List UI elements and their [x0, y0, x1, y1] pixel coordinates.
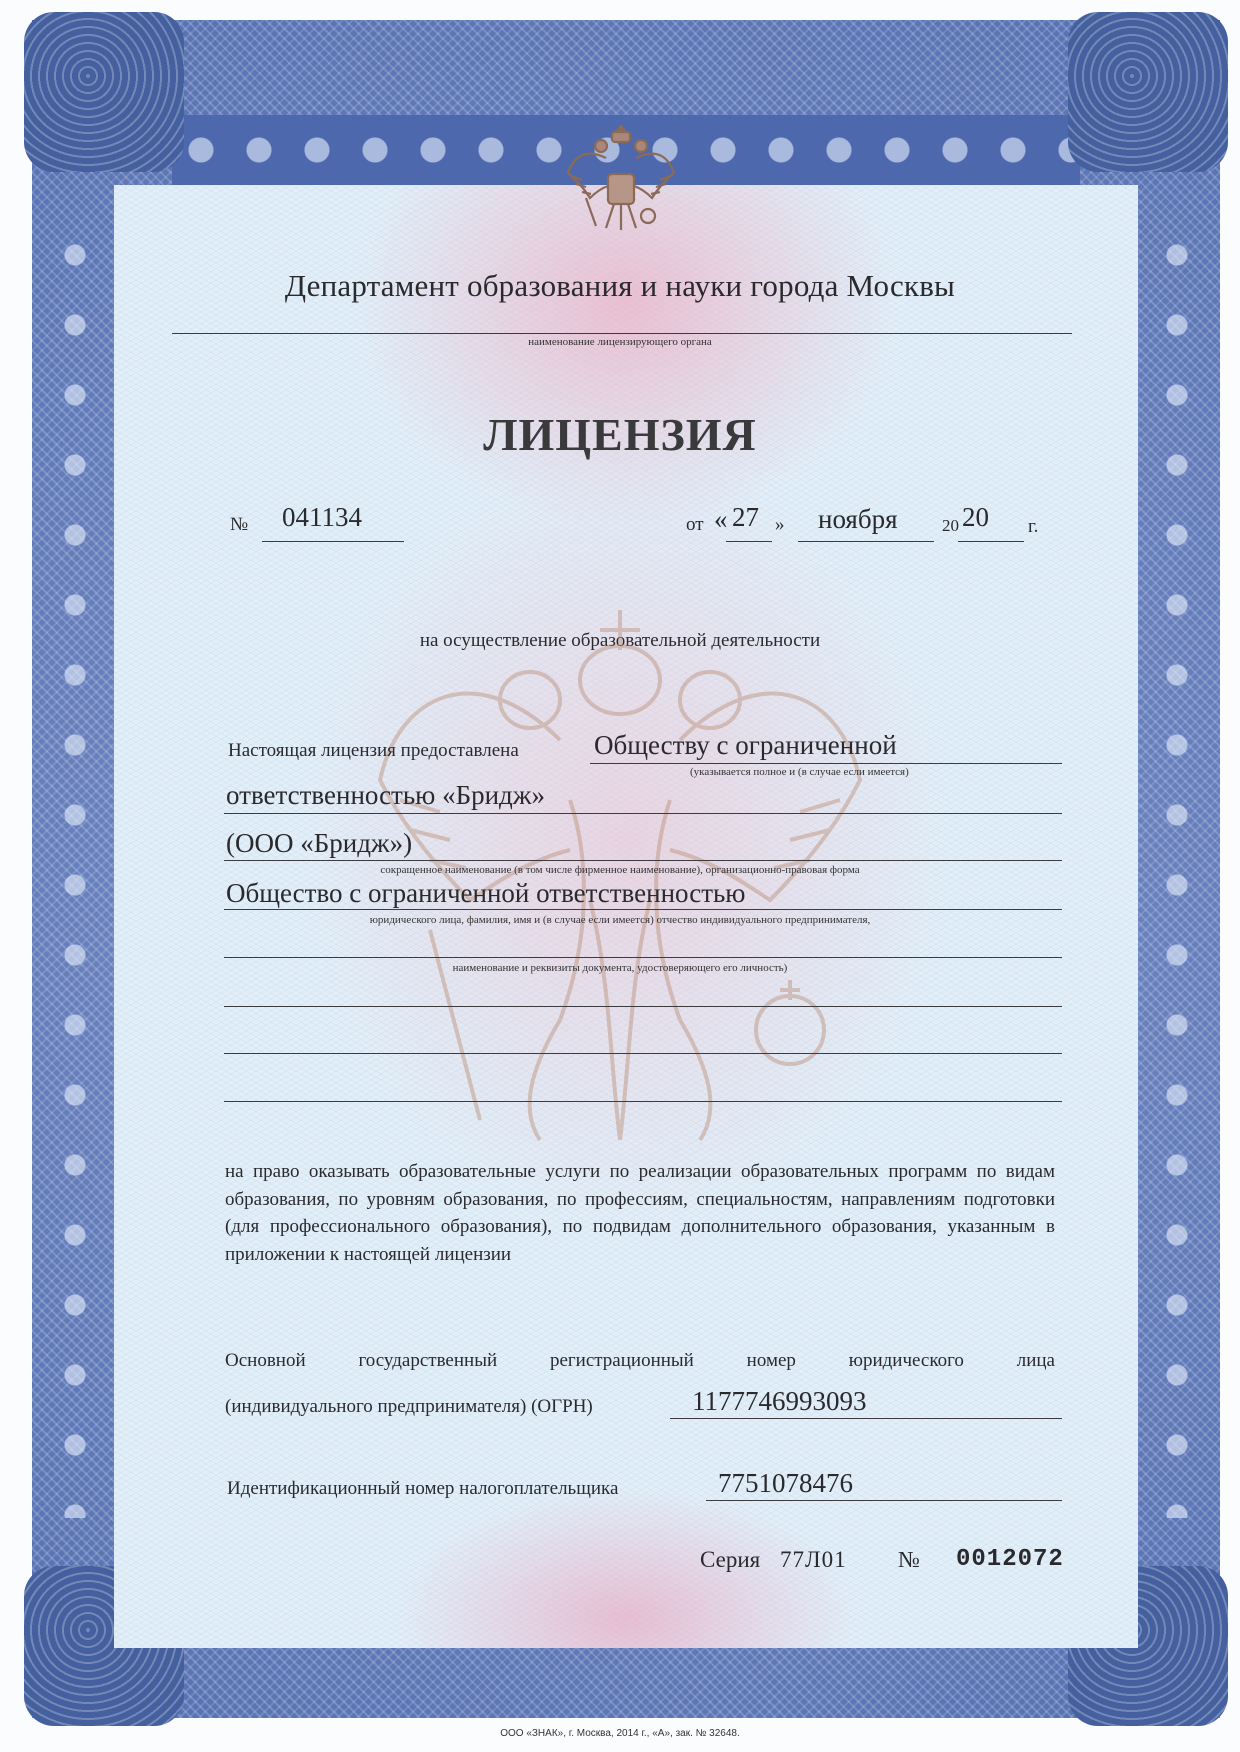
full-name-line-1: Обществу с ограниченной	[594, 730, 897, 761]
series-label: Серия	[700, 1547, 760, 1573]
corner-ornament	[24, 12, 184, 172]
day-underline	[726, 541, 772, 542]
blank-line	[224, 1101, 1062, 1102]
date-quote-open: «	[714, 504, 728, 535]
full-name-line-2: ответственностью «Бридж»	[226, 780, 545, 811]
coat-of-arms-icon	[556, 118, 686, 240]
corner-ornament	[1068, 12, 1228, 172]
legal-form: Общество с ограниченной ответственностью	[226, 878, 745, 909]
inn-label: Идентификационный номер налогоплательщик…	[227, 1478, 618, 1500]
short-name-caption: сокращенное наименование (в том числе фи…	[0, 864, 1240, 876]
short-name-underline	[224, 860, 1062, 861]
document-title: ЛИЦЕНЗИЯ	[0, 408, 1240, 461]
year-underline	[958, 541, 1024, 542]
inn-value: 7751078476	[718, 1468, 853, 1499]
ogrn-label-line-2: (индивидуального предпринимателя) (ОГРН)	[225, 1396, 593, 1418]
date-day: 27	[732, 502, 759, 533]
full-name-underline-2	[224, 813, 1062, 814]
short-name: (ООО «Бридж»)	[226, 828, 412, 859]
date-prefix: от	[686, 514, 704, 536]
date-year-prefix: 20	[942, 516, 959, 536]
date-quote-close: »	[775, 514, 785, 536]
ogrn-label-line-1: Основной государственный регистрационный…	[225, 1350, 1055, 1372]
printer-imprint: ООО «ЗНАК», г. Москва, 2014 г., «А», зак…	[0, 1728, 1240, 1739]
blank-line	[224, 957, 1062, 958]
issuing-authority: Департамент образования и науки города М…	[0, 268, 1240, 304]
blank-line	[224, 1006, 1062, 1007]
date-year-label: г.	[1028, 516, 1038, 538]
blank-number-label: №	[898, 1547, 920, 1573]
inn-underline	[706, 1500, 1062, 1501]
rights-paragraph: на право оказывать образовательные услуг…	[225, 1158, 1055, 1268]
series-value: 77Л01	[780, 1547, 847, 1573]
date-year: 20	[962, 502, 989, 533]
authority-underline	[172, 333, 1072, 334]
ogrn-value: 1177746993093	[692, 1386, 867, 1417]
authority-caption: наименование лицензирующего органа	[0, 336, 1240, 348]
number-label: №	[230, 514, 248, 536]
blank-line	[224, 1053, 1062, 1054]
month-underline	[798, 541, 934, 542]
legal-form-caption: юридического лица, фамилия, имя и (в слу…	[0, 914, 1240, 926]
legal-form-underline	[224, 909, 1062, 910]
number-underline	[262, 541, 404, 542]
license-number: 041134	[282, 502, 362, 533]
ogrn-underline	[670, 1418, 1062, 1419]
full-name-underline-1	[590, 763, 1062, 764]
full-name-caption: (указывается полное и (в случае если име…	[690, 766, 909, 778]
identity-caption: наименование и реквизиты документа, удос…	[0, 962, 1240, 974]
date-month: ноября	[818, 504, 898, 535]
granted-label: Настоящая лицензия предоставлена	[228, 740, 519, 762]
blank-number: 0012072	[956, 1546, 1064, 1573]
